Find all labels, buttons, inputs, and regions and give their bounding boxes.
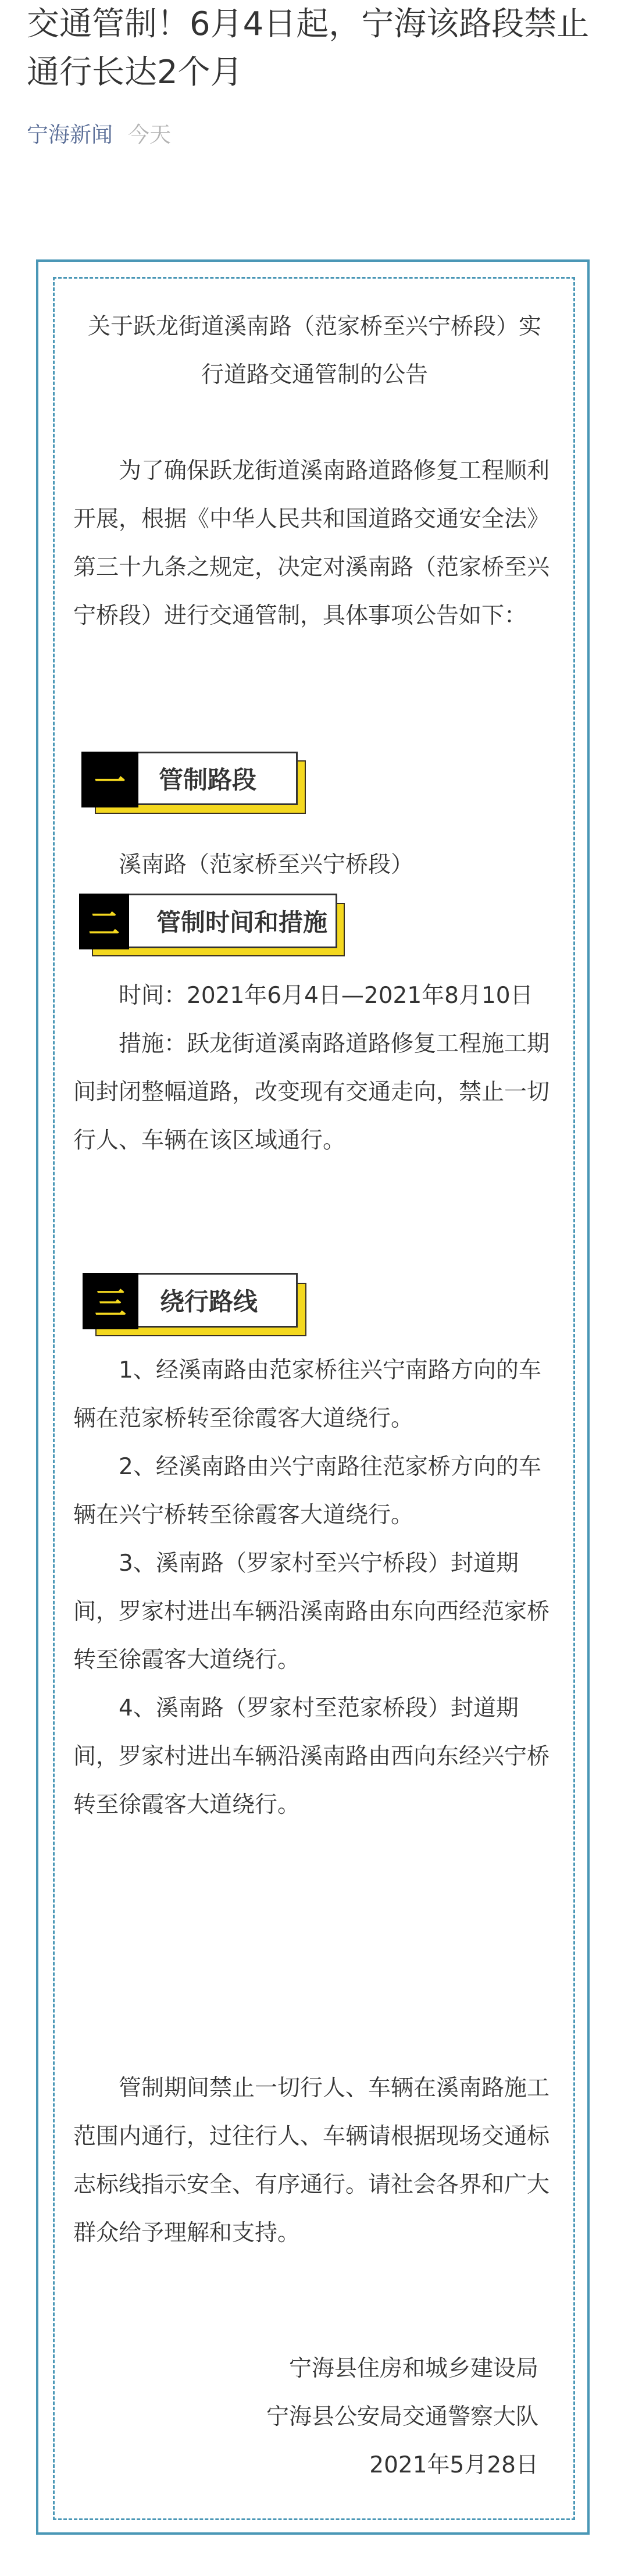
detour-route-3: 3、溪南路（罗家村至兴宁桥段）封道期间，罗家村进出车辆沿溪南路由东向西经范家桥转… (73, 1539, 556, 1684)
control-time: 时间：2021年6月4日—2021年8月10日 (73, 972, 556, 1020)
section-number: 二 (88, 899, 120, 944)
section-title: 管制时间和措施 (156, 903, 327, 938)
section-2-body: 时间：2021年6月4日—2021年8月10日 措施：跃龙街道溪南路道路修复工程… (73, 972, 556, 1165)
detour-route-4: 4、溪南路（罗家村至范家桥段）封道期间，罗家村进出车辆沿溪南路由西向东经兴宁桥转… (73, 1684, 556, 1829)
intro-paragraph: 为了确保跃龙街道溪南路道路修复工程顺利开展，根据《中华人民共和国道路交通安全法》… (73, 447, 556, 640)
signature-housing-bureau: 宁海县住房和城乡建设局 (73, 2344, 538, 2393)
section-number: 一 (94, 757, 126, 802)
publish-date: 今天 (128, 122, 171, 147)
source-link[interactable]: 宁海新闻 (27, 122, 113, 147)
detour-route-1: 1、经溪南路由范家桥往兴宁南路方向的车辆在范家桥转至徐霞客大道绕行。 (73, 1346, 556, 1443)
section-title-box: 管制时间和措施 (126, 894, 337, 948)
notice-signatures: 宁海县住房和城乡建设局 宁海县公安局交通警察大队 2021年5月28日 (73, 2344, 538, 2489)
notice-closing: 管制期间禁止一切行人、车辆在溪南路施工范围内通行，过往行人、车辆请根据现场交通标… (73, 2064, 556, 2257)
section-title: 管制路段 (159, 761, 256, 796)
signature-traffic-police: 宁海县公安局交通警察大队 (73, 2393, 538, 2441)
section-3-body: 1、经溪南路由范家桥往兴宁南路方向的车辆在范家桥转至徐霞客大道绕行。 2、经溪南… (73, 1346, 556, 1829)
closing-paragraph: 管制期间禁止一切行人、车辆在溪南路施工范围内通行，过往行人、车辆请根据现场交通标… (73, 2064, 556, 2257)
controlled-road: 溪南路（范家桥至兴宁桥段） (73, 841, 556, 889)
signed-date: 2021年5月28日 (73, 2441, 538, 2489)
section-title-box: 管制路段 (128, 752, 298, 805)
article-meta: 宁海新闻今天 (27, 121, 171, 149)
section-number-badge: 三 (83, 1273, 138, 1329)
section-number-badge: 一 (81, 752, 138, 807)
section-title: 绕行路线 (160, 1283, 258, 1318)
section-number: 三 (95, 1279, 126, 1323)
control-measures: 措施：跃龙街道溪南路道路修复工程施工期间封闭整幅道路，改变现有交通走向，禁止一切… (73, 1020, 556, 1165)
section-title-box: 绕行路线 (129, 1273, 298, 1328)
notice-heading-text: 关于跃龙街道溪南路（范家桥至兴宁桥段）实行道路交通管制的公告 (81, 303, 548, 399)
notice-heading: 关于跃龙街道溪南路（范家桥至兴宁桥段）实行道路交通管制的公告 (73, 303, 556, 399)
article-title: 交通管制！6月4日起，宁海该路段禁止通行长达2个月 (27, 0, 608, 97)
section-1-body: 溪南路（范家桥至兴宁桥段） (73, 841, 556, 889)
section-number-badge: 二 (79, 894, 129, 949)
detour-route-2: 2、经溪南路由兴宁南路往范家桥方向的车辆在兴宁桥转至徐霞客大道绕行。 (73, 1443, 556, 1539)
notice-intro: 为了确保跃龙街道溪南路道路修复工程顺利开展，根据《中华人民共和国道路交通安全法》… (73, 447, 556, 640)
